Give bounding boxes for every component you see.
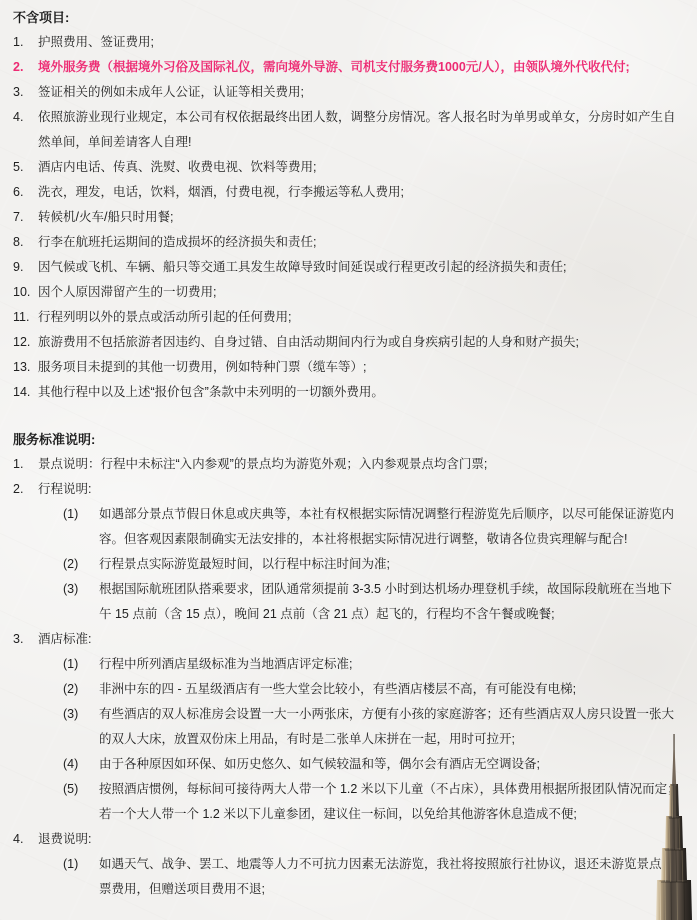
service-item-4: 4. 退费说明: bbox=[13, 827, 684, 852]
item-number: 4. bbox=[13, 105, 38, 155]
excluded-item-10: 10. 因个人原因滞留产生的一切费用; bbox=[13, 280, 684, 305]
item-text: 因气候或飞机、车辆、船只等交通工具发生故障导致时间延误或行程更改引起的经济损失和… bbox=[38, 255, 684, 280]
item-text: 签证相关的例如未成年人公证，认证等相关费用; bbox=[38, 80, 684, 105]
subitem-text: 有些酒店的双人标准房会设置一大一小两张床，方便有小孩的家庭游客；还有些酒店双人房… bbox=[99, 702, 684, 752]
tower-tiers bbox=[656, 784, 692, 920]
excluded-item-14: 14. 其他行程中以及上述“报价包含”条款中未列明的一切额外费用。 bbox=[13, 380, 684, 405]
item-text: 退费说明: bbox=[38, 827, 684, 852]
item-number: 8. bbox=[13, 230, 38, 255]
subitem-text: 由于各种原因如环保、如历史悠久、如气候较温和等，偶尔会有酒店无空调设备; bbox=[99, 752, 684, 777]
excluded-item-8: 8. 行李在航班托运期间的造成损坏的经济损失和责任; bbox=[13, 230, 684, 255]
service-item-2: 2. 行程说明: bbox=[13, 477, 684, 502]
subitem-text: 行程中所列酒店星级标准为当地酒店评定标准; bbox=[99, 652, 684, 677]
excluded-item-1: 1. 护照费用、签证费用; bbox=[13, 30, 684, 55]
item-text: 酒店标准: bbox=[38, 627, 684, 652]
item-text: 因个人原因滞留产生的一切费用; bbox=[38, 280, 684, 305]
subitem-number: (3) bbox=[63, 577, 99, 627]
excluded-item-2-highlighted: 2. 境外服务费（根据境外习俗及国际礼仪，需向境外导游、司机支付服务费1000元… bbox=[13, 55, 684, 80]
excluded-item-6: 6. 洗衣，理发，电话，饮料，烟酒，付费电视，行李搬运等私人费用; bbox=[13, 180, 684, 205]
item-number: 7. bbox=[13, 205, 38, 230]
item-number: 14. bbox=[13, 380, 38, 405]
excluded-item-3: 3. 签证相关的例如未成年人公证，认证等相关费用; bbox=[13, 80, 684, 105]
terms-document-page: { "page": { "bg_color": "#f2f1ef", "text… bbox=[0, 0, 697, 920]
subitem-number: (5) bbox=[63, 777, 99, 827]
item-text: 依照旅游业现行业规定，本公司有权依据最终出团人数，调整分房情况。客人报名时为单男… bbox=[38, 105, 684, 155]
service-subitem-3-1: (1) 行程中所列酒店星级标准为当地酒店评定标准; bbox=[63, 652, 684, 677]
item-number: 4. bbox=[13, 827, 38, 852]
service-subitem-2-2: (2) 行程景点实际游览最短时间，以行程中标注时间为准; bbox=[63, 552, 684, 577]
item-number: 6. bbox=[13, 180, 38, 205]
excluded-item-7: 7. 转候机/火车/船只时用餐; bbox=[13, 205, 684, 230]
item-text: 境外服务费（根据境外习俗及国际礼仪，需向境外导游、司机支付服务费1000元/人）… bbox=[38, 55, 684, 80]
excluded-item-9: 9. 因气候或飞机、车辆、船只等交通工具发生故障导致时间延误或行程更改引起的经济… bbox=[13, 255, 684, 280]
subitem-number: (1) bbox=[63, 502, 99, 552]
item-text: 护照费用、签证费用; bbox=[38, 30, 684, 55]
excluded-item-13: 13. 服务项目未提到的其他一切费用，例如特种门票（缆车等）; bbox=[13, 355, 684, 380]
service-subitem-2-1: (1) 如遇部分景点节假日休息或庆典等，本社有权根据实际情况调整行程游览先后顺序… bbox=[63, 502, 684, 552]
subitem-text: 按照酒店惯例，每标间可接待两大人带一个 1.2 米以下儿童（不占床），具体费用根… bbox=[99, 777, 684, 827]
document-body: 不含项目: 1. 护照费用、签证费用; 2. 境外服务费（根据境外习俗及国际礼仪… bbox=[0, 0, 697, 920]
subitem-text: 如遇天气、战争、罢工、地震等人力不可抗力因素无法游览，我社将按照旅行社协议，退还… bbox=[99, 852, 684, 902]
item-text: 转候机/火车/船只时用餐; bbox=[38, 205, 684, 230]
excluded-item-5: 5. 酒店内电话、传真、洗熨、收费电视、饮料等费用; bbox=[13, 155, 684, 180]
excluded-item-12: 12. 旅游费用不包括旅游者因违约、自身过错、自由活动期间内行为或自身疾病引起的… bbox=[13, 330, 684, 355]
excluded-item-11: 11. 行程列明以外的景点或活动所引起的任何费用; bbox=[13, 305, 684, 330]
item-text: 行程列明以外的景点或活动所引起的任何费用; bbox=[38, 305, 684, 330]
subitem-number: (2) bbox=[63, 552, 99, 577]
subitem-number: (2) bbox=[63, 677, 99, 702]
item-number: 2. bbox=[13, 55, 38, 80]
subitem-number: (1) bbox=[63, 652, 99, 677]
item-number: 11. bbox=[13, 305, 38, 330]
service-item-1: 1. 景点说明：行程中未标注“入内参观”的景点均为游览外观；入内参观景点均含门票… bbox=[13, 452, 684, 477]
item-text: 行李在航班托运期间的造成损坏的经济损失和责任; bbox=[38, 230, 684, 255]
item-text: 其他行程中以及上述“报价包含”条款中未列明的一切额外费用。 bbox=[38, 380, 684, 405]
subitem-number: (4) bbox=[63, 752, 99, 777]
item-number: 1. bbox=[13, 30, 38, 55]
item-number: 2. bbox=[13, 477, 38, 502]
item-number: 13. bbox=[13, 355, 38, 380]
item-text: 酒店内电话、传真、洗熨、收费电视、饮料等费用; bbox=[38, 155, 684, 180]
service-subitem-3-4: (4) 由于各种原因如环保、如历史悠久、如气候较温和等，偶尔会有酒店无空调设备; bbox=[63, 752, 684, 777]
item-number: 9. bbox=[13, 255, 38, 280]
excluded-section-title: 不含项目: bbox=[13, 5, 684, 30]
item-text: 服务项目未提到的其他一切费用，例如特种门票（缆车等）; bbox=[38, 355, 684, 380]
item-number: 5. bbox=[13, 155, 38, 180]
subitem-number: (1) bbox=[63, 852, 99, 902]
section-gap bbox=[13, 405, 684, 427]
subitem-text: 如遇部分景点节假日休息或庆典等，本社有权根据实际情况调整行程游览先后顺序，以尽可… bbox=[99, 502, 684, 552]
service-subitem-4-1: (1) 如遇天气、战争、罢工、地震等人力不可抗力因素无法游览，我社将按照旅行社协… bbox=[63, 852, 684, 902]
item-text: 旅游费用不包括旅游者因违约、自身过错、自由活动期间内行为或自身疾病引起的人身和财… bbox=[38, 330, 684, 355]
item-text: 景点说明：行程中未标注“入内参观”的景点均为游览外观；入内参观景点均含门票; bbox=[38, 452, 684, 477]
item-number: 3. bbox=[13, 627, 38, 652]
service-section-title: 服务标准说明: bbox=[13, 427, 684, 452]
item-number: 12. bbox=[13, 330, 38, 355]
item-text: 洗衣，理发，电话，饮料，烟酒，付费电视，行李搬运等私人费用; bbox=[38, 180, 684, 205]
item-text: 行程说明: bbox=[38, 477, 684, 502]
service-subitem-3-3: (3) 有些酒店的双人标准房会设置一大一小两张床，方便有小孩的家庭游客；还有些酒… bbox=[63, 702, 684, 752]
burj-khalifa-image bbox=[648, 730, 694, 920]
excluded-item-4: 4. 依照旅游业现行业规定，本公司有权依据最终出团人数，调整分房情况。客人报名时… bbox=[13, 105, 684, 155]
service-subitem-3-2: (2) 非洲中东的四 - 五星级酒店有一些大堂会比较小，有些酒店楼层不高，有可能… bbox=[63, 677, 684, 702]
item-number: 3. bbox=[13, 80, 38, 105]
item-number: 10. bbox=[13, 280, 38, 305]
subitem-text: 根据国际航班团队搭乘要求，团队通常须提前 3-3.5 小时到达机场办理登机手续，… bbox=[99, 577, 684, 627]
service-item-3: 3. 酒店标准: bbox=[13, 627, 684, 652]
subitem-number: (3) bbox=[63, 702, 99, 752]
subitem-text: 行程景点实际游览最短时间，以行程中标注时间为准; bbox=[99, 552, 684, 577]
tower-spire bbox=[672, 734, 676, 786]
subitem-text: 非洲中东的四 - 五星级酒店有一些大堂会比较小，有些酒店楼层不高，有可能没有电梯… bbox=[99, 677, 684, 702]
service-subitem-2-3: (3) 根据国际航班团队搭乘要求，团队通常须提前 3-3.5 小时到达机场办理登… bbox=[63, 577, 684, 627]
service-subitem-3-5: (5) 按照酒店惯例，每标间可接待两大人带一个 1.2 米以下儿童（不占床），具… bbox=[63, 777, 684, 827]
item-number: 1. bbox=[13, 452, 38, 477]
